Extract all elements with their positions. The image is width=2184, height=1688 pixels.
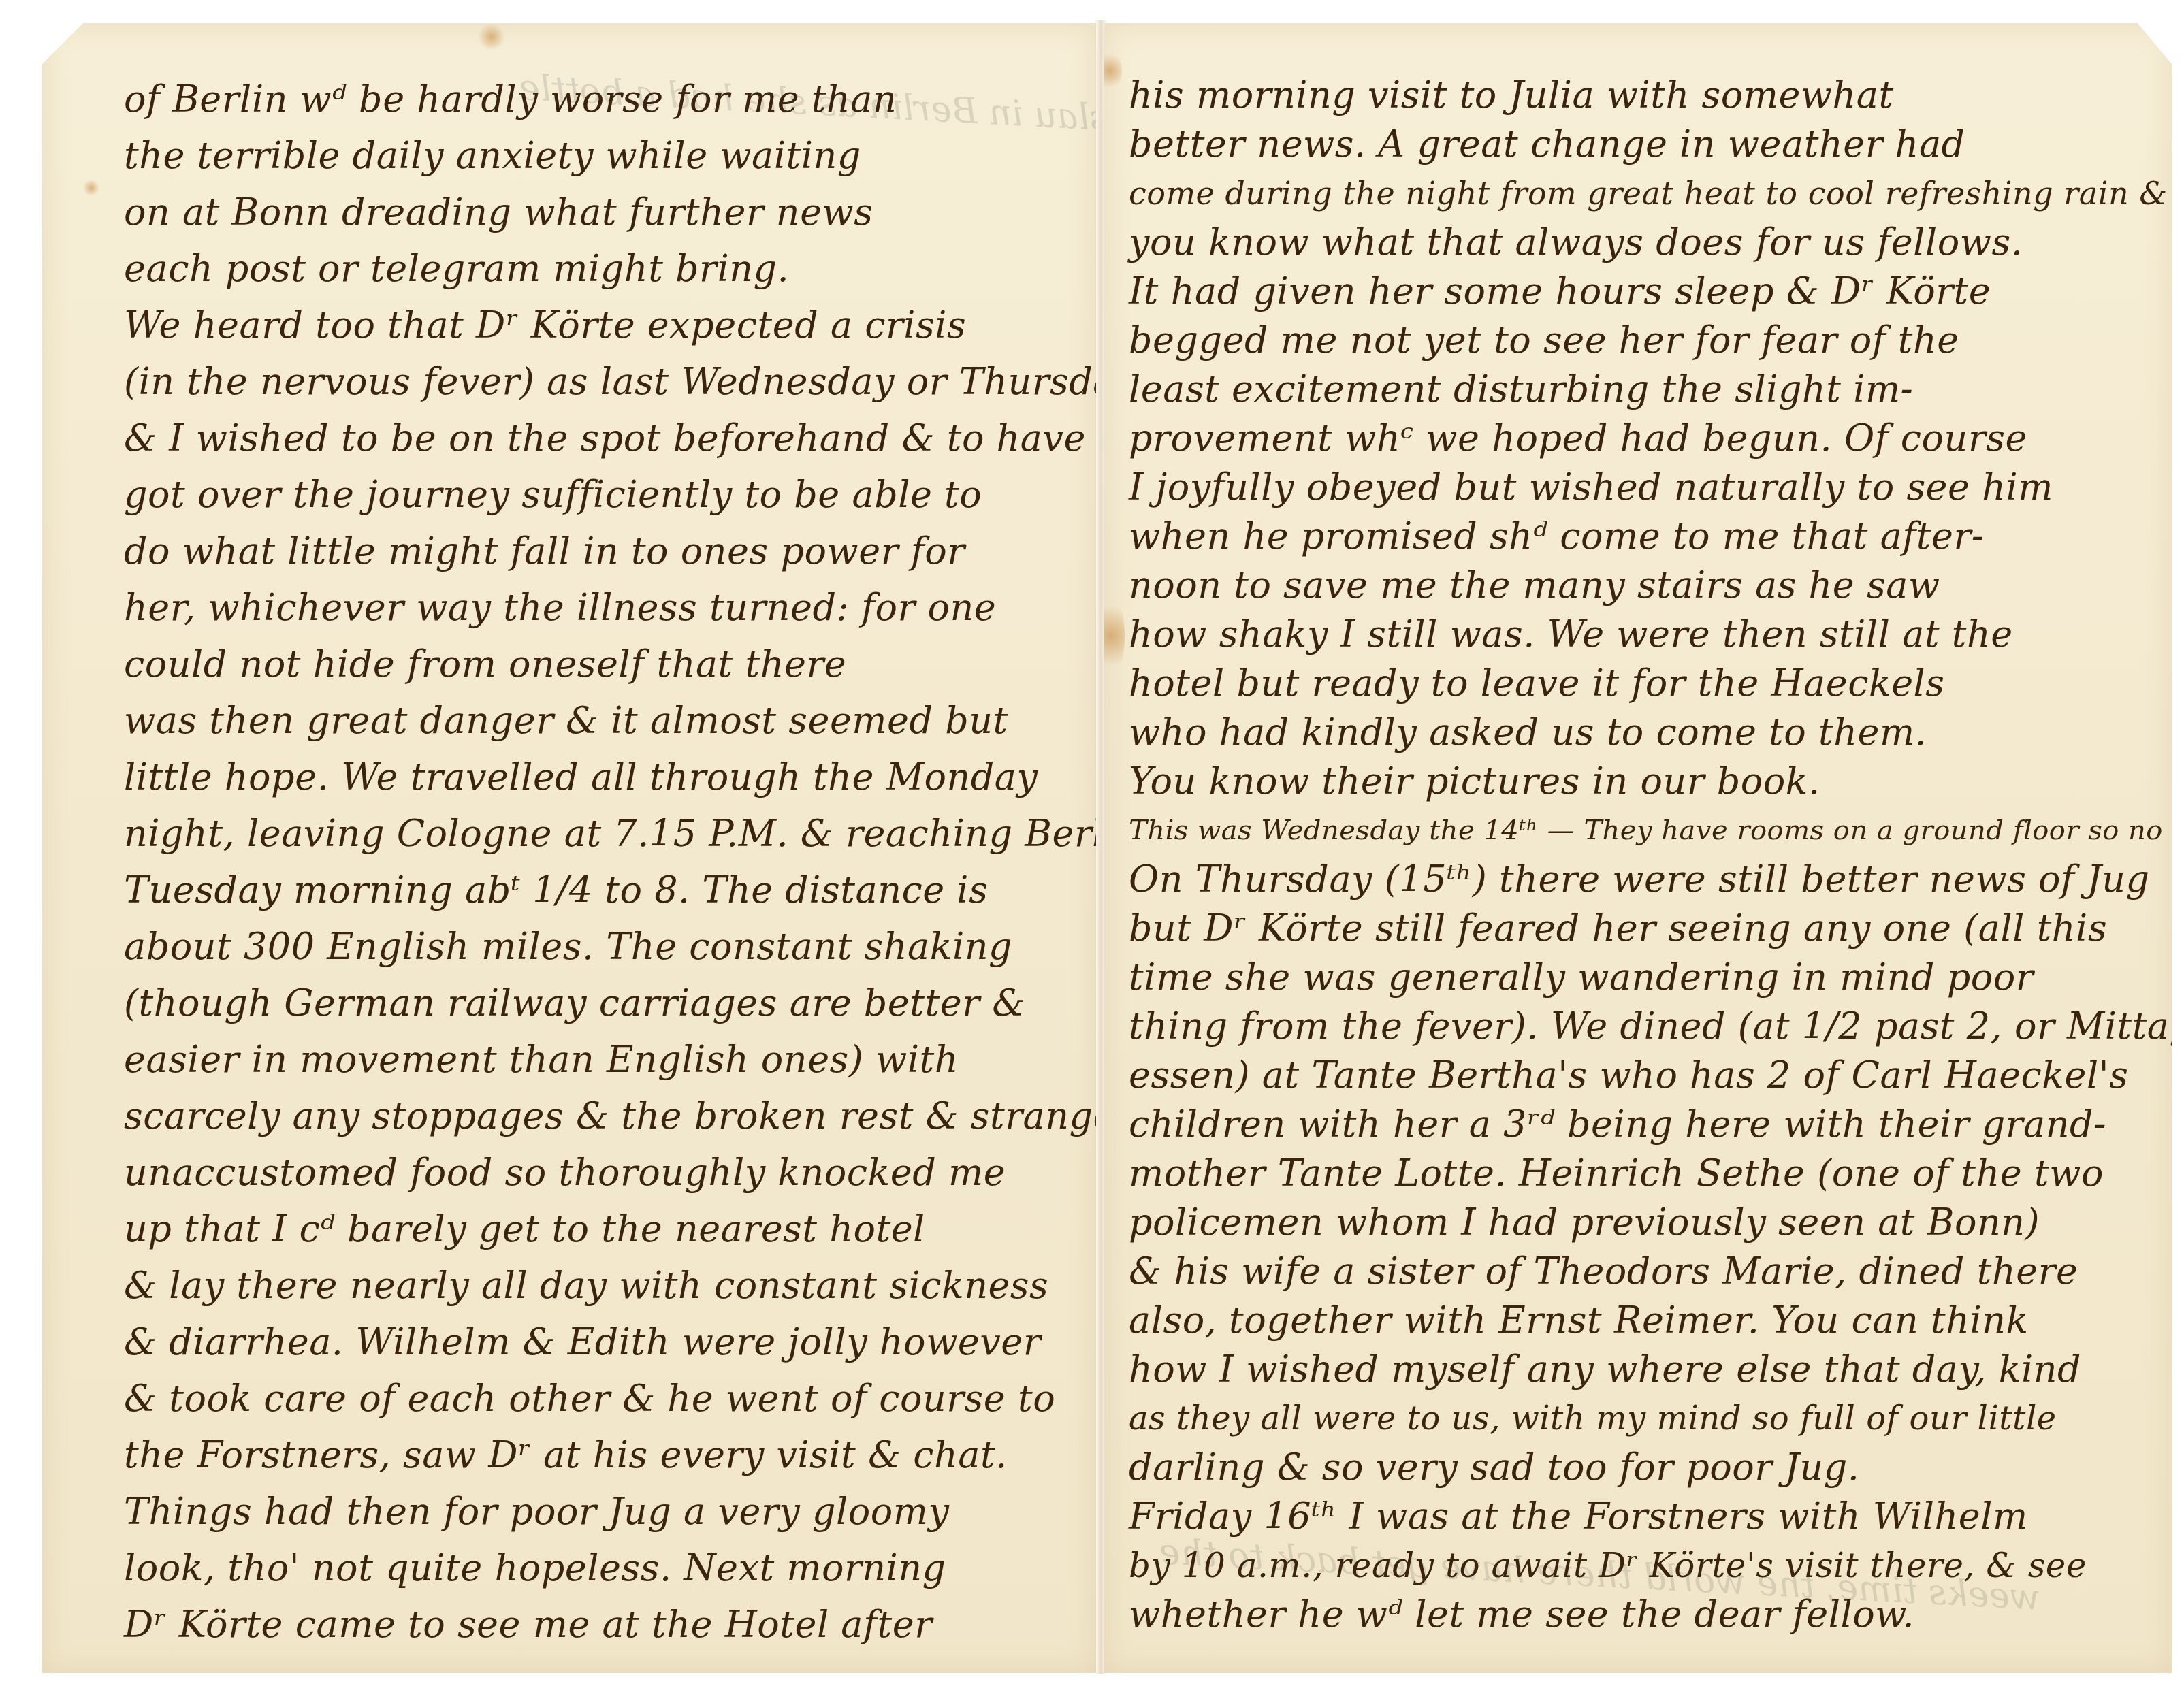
text-line: each post or telegram might bring. [42, 240, 1096, 297]
text-line: but Dʳ Körte still feared her seeing any… [1104, 904, 2172, 953]
text-line: Tuesday morning abᵗ 1/4 to 8. The distan… [42, 862, 1096, 918]
letter-page-right: weeks time, the world there have get bac… [1104, 23, 2172, 1673]
text-line: time she was generally wandering in mind… [1104, 953, 2172, 1002]
text-line: the terrible daily anxiety while waiting [42, 127, 1096, 184]
text-line: who had kindly asked us to come to them. [1104, 708, 2172, 757]
text-line: scarcely any stoppages & the broken rest… [42, 1088, 1096, 1144]
text-line: night, leaving Cologne at 7.15 P.M. & re… [42, 805, 1096, 862]
text-line: (in the nervous fever) as last Wednesday… [42, 353, 1096, 410]
text-line: I joyfully obeyed but wished naturally t… [1104, 463, 2172, 512]
text-line: you know what that always does for us fe… [1104, 218, 2172, 267]
text-line: do what little might fall in to ones pow… [42, 523, 1096, 579]
text-line: (though German railway carriages are bet… [42, 975, 1096, 1031]
text-line: This was Wednesday the 14ᵗʰ — They have … [1104, 806, 2172, 855]
left-page-text: of Berlin wᵈ be hardly worse for me than… [42, 71, 1096, 1653]
text-line: We heard too that Dʳ Körte expected a cr… [42, 297, 1096, 353]
text-line: look, tho' not quite hopeless. Next morn… [42, 1540, 1096, 1596]
text-line: also, together with Ernst Reimer. You ca… [1104, 1296, 2172, 1345]
text-line: how I wished myself any where else that … [1104, 1345, 2172, 1394]
foxing-stain [478, 23, 505, 50]
text-line: It had given her some hours sleep & Dʳ K… [1104, 267, 2172, 316]
text-line: hotel but ready to leave it for the Haec… [1104, 659, 2172, 708]
text-line: Dʳ Körte came to see me at the Hotel aft… [42, 1596, 1096, 1653]
text-line: whether he wᵈ let me see the dear fellow… [1104, 1590, 2172, 1639]
text-line: noon to save me the many stairs as he sa… [1104, 561, 2172, 610]
text-line: On Thursday (15ᵗʰ) there were still bett… [1104, 855, 2172, 904]
text-line: provement whᶜ we hoped had begun. Of cou… [1104, 414, 2172, 463]
text-line: begged me not yet to see her for fear of… [1104, 316, 2172, 365]
text-line: essen) at Tante Bertha's who has 2 of Ca… [1104, 1051, 2172, 1100]
text-line: & diarrhea. Wilhelm & Edith were jolly h… [42, 1314, 1096, 1370]
text-line: & I wished to be on the spot beforehand … [42, 410, 1096, 466]
text-line: Friday 16ᵗʰ I was at the Forstners with … [1104, 1492, 2172, 1541]
text-line: least excitement disturbing the slight i… [1104, 365, 2172, 414]
text-line: & his wife a sister of Theodors Marie, d… [1104, 1247, 2172, 1296]
text-line: could not hide from oneself that there [42, 636, 1096, 692]
text-line: You know their pictures in our book. [1104, 757, 2172, 806]
text-line: when he promised shᵈ come to me that aft… [1104, 512, 2172, 561]
text-line: better news. A great change in weather h… [1104, 120, 2172, 169]
text-line: mother Tante Lotte. Heinrich Sethe (one … [1104, 1149, 2172, 1198]
text-line: easier in movement than English ones) wi… [42, 1031, 1096, 1088]
text-line: & lay there nearly all day with constant… [42, 1257, 1096, 1314]
text-line: of Berlin wᵈ be hardly worse for me than [42, 71, 1096, 127]
text-line: the Forstners, saw Dʳ at his every visit… [42, 1427, 1096, 1483]
text-line: thing from the fever). We dined (at 1/2 … [1104, 1002, 2172, 1051]
text-line: his morning visit to Julia with somewhat [1104, 71, 2172, 120]
text-line: little hope. We travelled all through th… [42, 749, 1096, 805]
text-line: about 300 English miles. The constant sh… [42, 918, 1096, 975]
text-line: up that I cᵈ barely get to the nearest h… [42, 1201, 1096, 1257]
text-line: how shaky I still was. We were then stil… [1104, 610, 2172, 659]
letter-page-left: Breslau in Berlin as she had a bottle of… [42, 23, 1096, 1673]
text-line: was then great danger & it almost seemed… [42, 692, 1096, 749]
text-line: by 10 a.m., ready to await Dʳ Körte's vi… [1104, 1541, 2172, 1590]
text-line: on at Bonn dreading what further news [42, 184, 1096, 240]
text-line: come during the night from great heat to… [1104, 169, 2172, 218]
text-line: as they all were to us, with my mind so … [1104, 1394, 2172, 1443]
text-line: darling & so very sad too for poor Jug. [1104, 1443, 2172, 1492]
text-line: her, whichever way the illness turned: f… [42, 579, 1096, 636]
text-line: unaccustomed food so thoroughly knocked … [42, 1144, 1096, 1201]
right-page-text: his morning visit to Julia with somewhat… [1104, 71, 2172, 1639]
text-line: policemen whom I had previously seen at … [1104, 1198, 2172, 1247]
text-line: children with her a 3ʳᵈ being here with … [1104, 1100, 2172, 1149]
text-line: got over the journey sufficiently to be … [42, 466, 1096, 523]
text-line: & took care of each other & he went of c… [42, 1370, 1096, 1427]
text-line: Things had then for poor Jug a very gloo… [42, 1483, 1096, 1540]
